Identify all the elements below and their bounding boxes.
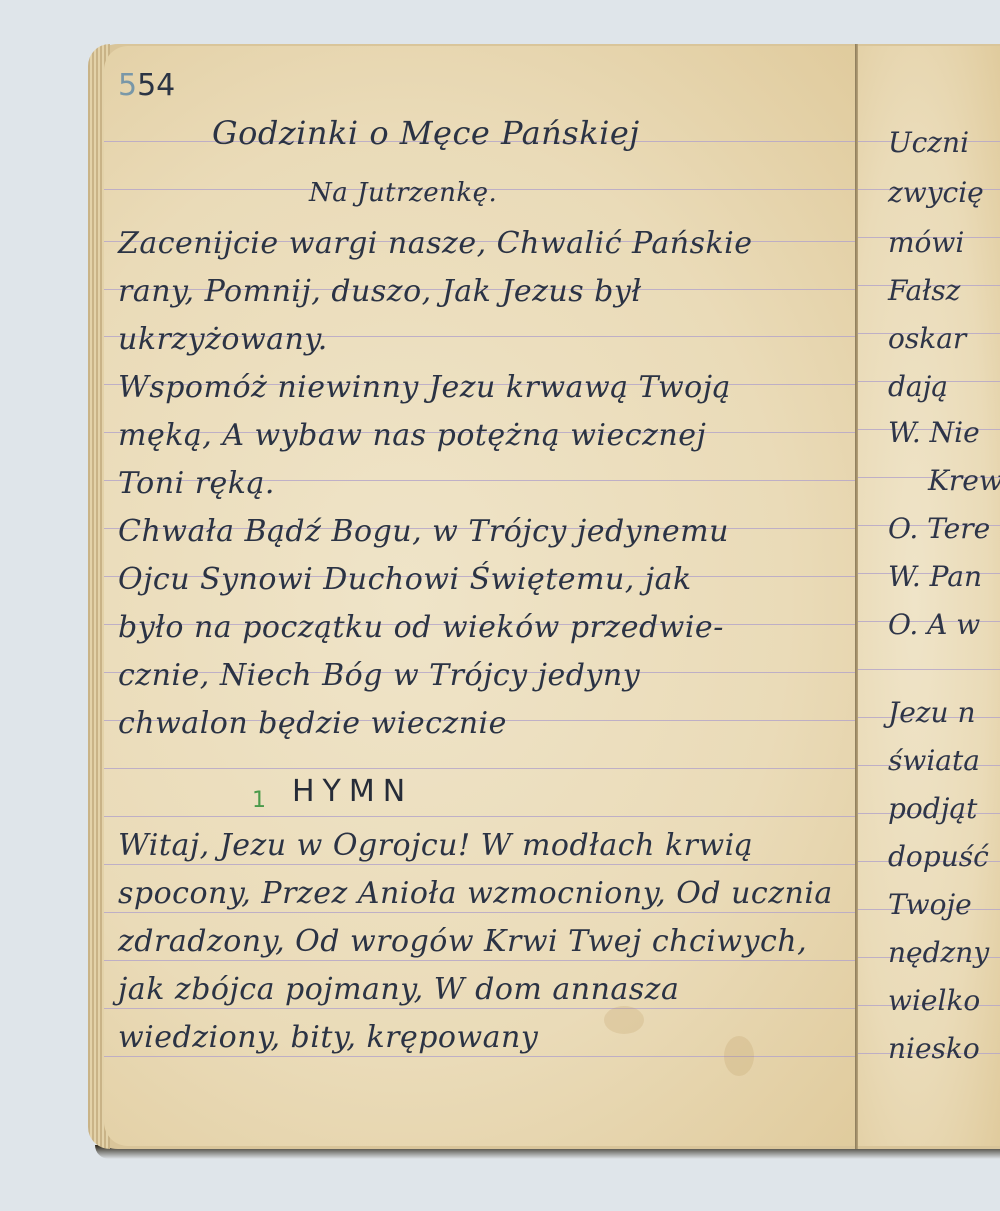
text-line: chwalon będzie wiecznie bbox=[118, 706, 507, 741]
text-line: męką, A wybaw nas potężną wiecznej bbox=[118, 418, 706, 453]
page-title: Godzinki o Męce Pańskiej bbox=[212, 114, 640, 152]
partial-line: oskar bbox=[888, 322, 966, 355]
ruled-line bbox=[104, 864, 856, 865]
ruled-line bbox=[104, 816, 856, 817]
text-line: Toni ręką. bbox=[118, 466, 275, 501]
partial-line: O. A w bbox=[888, 608, 980, 641]
paper-stain bbox=[604, 1006, 644, 1034]
hymn-line: spocony, Przez Anioła wzmocniony, Od ucz… bbox=[118, 876, 833, 911]
partial-line: nędzny bbox=[888, 936, 989, 969]
page-number: 554 bbox=[118, 68, 175, 103]
text-line: Chwała Bądź Bogu, w Trójcy jedynemu bbox=[118, 514, 729, 549]
page-number-value: 54 bbox=[137, 68, 175, 103]
partial-line: świata bbox=[888, 744, 980, 777]
hymn-line: zdradzony, Od wrogów Krwi Twej chciwych, bbox=[118, 924, 807, 959]
right-page: Uczni zwycię mówi Fałsz oskar dają W. Ni… bbox=[858, 46, 1000, 1146]
hymn-line: jak zbójca pojmany, W dom annasza bbox=[118, 972, 679, 1007]
ruled-line bbox=[104, 960, 856, 961]
text-line: rany, Pomnij, duszo, Jak Jezus był bbox=[118, 274, 642, 309]
partial-line: W. Nie bbox=[888, 416, 980, 449]
page-subtitle: Na Jutrzenkę. bbox=[309, 178, 497, 208]
hymn-line: Witaj, Jezu w Ogrojcu! W modłach krwią bbox=[118, 828, 753, 863]
hymn-heading: HYMN bbox=[292, 774, 413, 809]
partial-line: Twoje bbox=[888, 888, 972, 921]
hymn-number: 1 bbox=[252, 788, 266, 813]
paper-stain bbox=[724, 1036, 754, 1076]
partial-line: wielko bbox=[888, 984, 980, 1017]
text-line: ukrzyżowany. bbox=[118, 322, 328, 357]
text-line: cznie, Niech Bóg w Trójcy jedyny bbox=[118, 658, 640, 693]
ruled-line bbox=[104, 912, 856, 913]
text-line: Ojcu Synowi Duchowi Świętemu, jak bbox=[118, 562, 692, 597]
partial-line: W. Pan bbox=[888, 560, 982, 593]
partial-line: niesko bbox=[888, 1032, 980, 1065]
text-line: Wspomóż niewinny Jezu krwawą Twoją bbox=[118, 370, 731, 405]
partial-line: Uczni bbox=[888, 126, 969, 159]
text-line: Zacenijcie wargi nasze, Chwalić Pańskie bbox=[118, 226, 753, 261]
partial-line: dopuść bbox=[888, 840, 989, 873]
partial-line: O. Tere bbox=[888, 512, 990, 545]
left-page: 554 Godzinki o Męce Pańskiej Na Jutrzenk… bbox=[104, 46, 856, 1146]
hymn-line: wiedziony, bity, krępowany bbox=[118, 1020, 538, 1055]
partial-line: Krew bbox=[928, 464, 1000, 497]
ruled-line bbox=[104, 768, 856, 769]
text-line: było na początku od wieków przedwie- bbox=[118, 610, 724, 645]
ruled-line bbox=[858, 669, 1000, 670]
partial-line: mówi bbox=[888, 226, 964, 259]
partial-line: Jezu n bbox=[888, 696, 976, 729]
ruled-line bbox=[104, 1008, 856, 1009]
partial-line: Fałsz bbox=[888, 274, 960, 307]
partial-line: dają bbox=[888, 370, 948, 403]
page-number-stamp: 5 bbox=[118, 68, 137, 103]
partial-line: zwycię bbox=[888, 176, 984, 209]
partial-line: podjąt bbox=[888, 792, 977, 825]
